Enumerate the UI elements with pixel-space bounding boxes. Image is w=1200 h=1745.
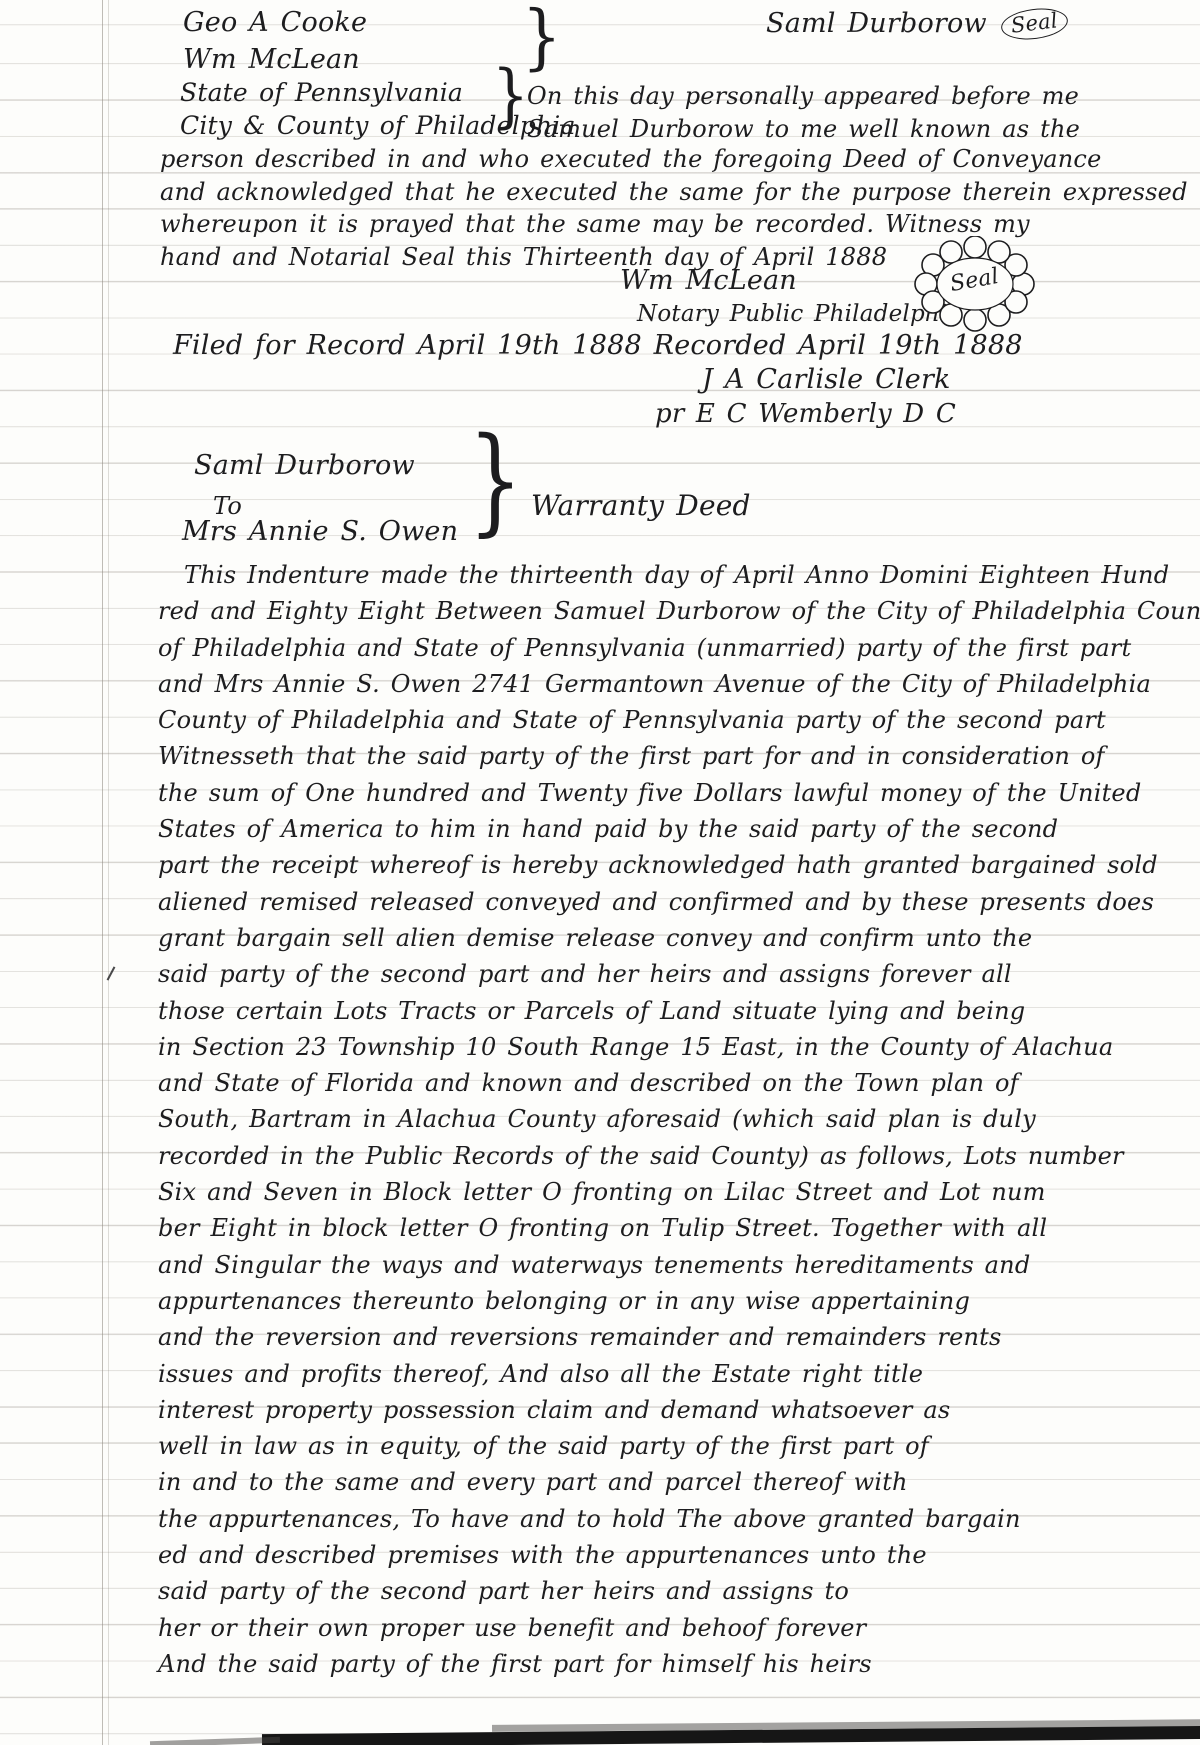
deed-body-line: Witnesseth that the said party of the fi… [158,738,1073,774]
grantor-signature: Saml Durborow [766,8,987,39]
instrument-title: Warranty Deed [531,489,751,522]
scan-edge-corner [150,1737,280,1745]
deed-body-line: in and to the same and every part and pa… [158,1464,1073,1500]
witness-signature: Geo A Cooke [183,4,367,41]
acknowledgment-body-line: person described in and who executed the… [160,143,1188,176]
deed-body-line: the sum of One hundred and Twenty five D… [158,775,1073,811]
clerk-signature: J A Carlisle Clerk [702,364,951,395]
acknowledgment-intro-line: On this day personally appeared before m… [527,80,1080,113]
grantor-signature-block: Saml Durborow Seal [766,8,1068,39]
deed-body-line: red and Eighty Eight Between Samuel Durb… [158,593,1073,629]
caption-grantee: Mrs Annie S. Owen [182,516,458,547]
deed-body-line: States of America to him in hand paid by… [158,811,1073,847]
deed-body-line: in Section 23 Township 10 South Range 15… [158,1029,1073,1065]
witness-signatures: Geo A CookeWm McLean [183,4,367,78]
deed-body-line: appurtenances thereunto belonging or in … [158,1283,1073,1319]
deed-body-line: County of Philadelphia and State of Penn… [158,702,1073,738]
left-margin-line [102,0,103,1745]
deed-body-line: This Indenture made the thirteenth day o… [158,557,1073,593]
caption-brace: } [468,423,523,539]
deed-body-line: the appurtenances, To have and to hold T… [158,1501,1073,1537]
deed-body-line: South, Bartram in Alachua County aforesa… [158,1101,1073,1137]
deed-body-line: those certain Lots Tracts or Parcels of … [158,993,1073,1029]
notary-seal: Seal [912,236,1038,332]
acknowledgment-intro: On this day personally appeared before m… [527,80,1080,146]
deed-body-line: Six and Seven in Block letter O fronting… [158,1174,1073,1210]
deed-book-page: Geo A CookeWm McLean } Saml Durborow Sea… [0,0,1200,1745]
venue-brace: } [492,60,529,130]
left-margin-line-2 [108,0,109,1745]
deed-body-line: ber Eight in block letter O fronting on … [158,1210,1073,1246]
deed-body-line: and State of Florida and known and descr… [158,1065,1073,1101]
deed-body-line: And the said party of the first part for… [158,1646,1073,1682]
deed-body-line: said party of the second part and her he… [158,956,1073,992]
deed-body-line: aliened remised released conveyed and co… [158,884,1073,920]
deed-body-line: and Mrs Annie S. Owen 2741 Germantown Av… [158,666,1073,702]
deed-body-line: issues and profits thereof, And also all… [158,1356,1073,1392]
deed-body-line: well in law as in equity, of the said pa… [158,1428,1073,1464]
witness-signature: Wm McLean [183,41,367,78]
deed-body-line: ed and described premises with the appur… [158,1537,1073,1573]
deed-body-line: of Philadelphia and State of Pennsylvani… [158,630,1073,666]
notary-signature: Wm McLean [620,265,797,296]
deed-body-line: part the receipt whereof is hereby ackno… [158,847,1073,883]
deed-body-line: recorded in the Public Records of the sa… [158,1138,1073,1174]
deputy-clerk-signature: pr E C Wemberly D C [655,399,956,429]
signature-seal-mark: Seal [999,5,1069,43]
deed-body: This Indenture made the thirteenth day o… [158,557,1073,1682]
deed-body-line: interest property possession claim and d… [158,1392,1073,1428]
acknowledgment-body-line: and acknowledged that he executed the sa… [160,176,1188,209]
deed-body-line: grant bargain sell alien demise release … [158,920,1073,956]
deed-body-line: and the reversion and reversions remaind… [158,1319,1073,1355]
caption-grantor: Saml Durborow [194,450,415,481]
deed-body-line: said party of the second part her heirs … [158,1573,1073,1609]
deed-body-line: and Singular the ways and waterways tene… [158,1247,1073,1283]
deed-body-line: her or their own proper use benefit and … [158,1610,1073,1646]
acknowledgment-intro-line: Samuel Durborow to me well known as the [527,113,1080,146]
filing-record-line: Filed for Record April 19th 1888 Recorde… [173,330,1023,361]
